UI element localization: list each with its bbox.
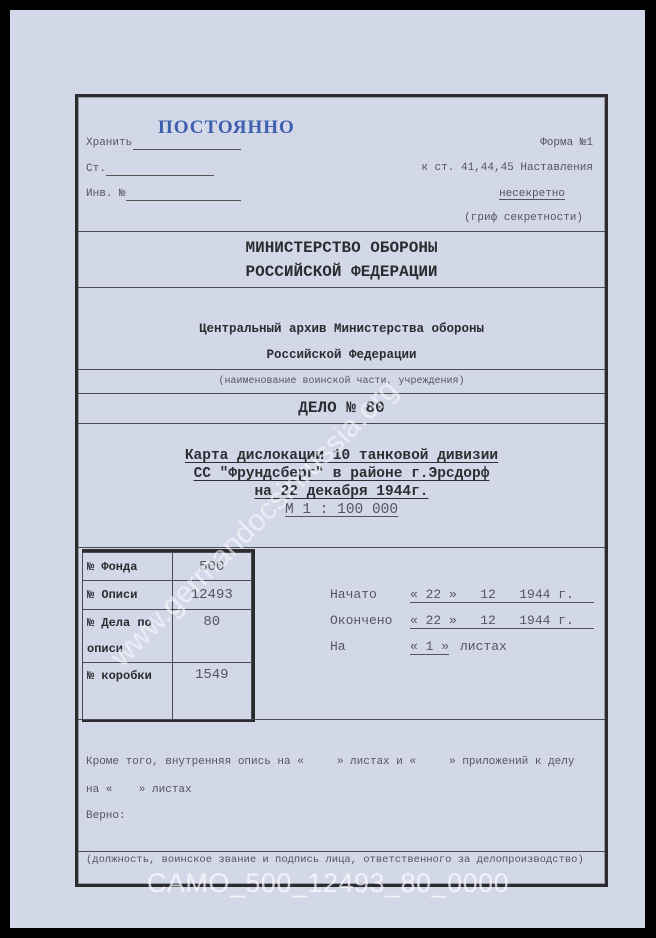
case-cover-form: ПОСТОЯННО Хранить Ст. Инв. № Форма №1 к …: [75, 94, 608, 887]
verified-label: Верно:: [86, 810, 126, 822]
internal-inventory-sheets: на « » листах: [86, 784, 192, 796]
archive-line1: Центральный архив Министерства обороны: [78, 322, 605, 336]
fund-table: № Фонда 500 № Описи 12493 № Дела по опис…: [82, 549, 255, 722]
divider: [78, 393, 605, 394]
started-value: « 22 » 12 1944 г.: [410, 587, 594, 603]
secrecy-value: несекретно: [499, 188, 565, 200]
divider: [78, 547, 605, 548]
divider: [78, 369, 605, 370]
archive-line2: Российской Федерации: [78, 348, 605, 362]
started-label: Начато: [330, 587, 377, 602]
case-title-line: СС "Фрундсберг" в районе г.Эрсдорф: [194, 466, 490, 482]
table-row: № коробки 1549: [83, 663, 252, 720]
st-field: [106, 175, 214, 176]
file-id-watermark: CAMO_500_12493_80_0000: [0, 868, 656, 899]
divider: [78, 287, 605, 288]
keep-label: Хранить: [86, 137, 132, 149]
keep-field: [133, 149, 241, 150]
archive-caption: (наименование воинской части, учреждения…: [78, 376, 605, 387]
divider: [78, 851, 605, 852]
map-scale: М 1 : 100 000: [285, 502, 398, 518]
box-value: 1549: [172, 663, 251, 720]
signature-caption: (должность, воинское звание и подпись ли…: [86, 854, 599, 866]
ended-label: Окончено: [330, 613, 392, 628]
form-number: Форма №1: [540, 137, 593, 149]
sheets-value: « 1 »: [410, 639, 449, 655]
inv-label: Инв. №: [86, 188, 126, 200]
form-reference: к ст. 41,44,45 Наставления: [421, 162, 593, 174]
st-label: Ст.: [86, 163, 106, 175]
internal-inventory-note: Кроме того, внутренняя опись на « » лист…: [86, 756, 574, 768]
permanent-stamp: ПОСТОЯННО: [158, 117, 295, 139]
sheets-label: На: [330, 639, 346, 654]
fund-label: № Фонда: [83, 553, 173, 581]
inv-field: [126, 200, 241, 201]
sheets-suffix: листах: [460, 639, 507, 654]
divider: [78, 719, 605, 720]
secrecy-caption: (гриф секретности): [464, 212, 583, 224]
ended-value: « 22 » 12 1944 г.: [410, 613, 594, 629]
